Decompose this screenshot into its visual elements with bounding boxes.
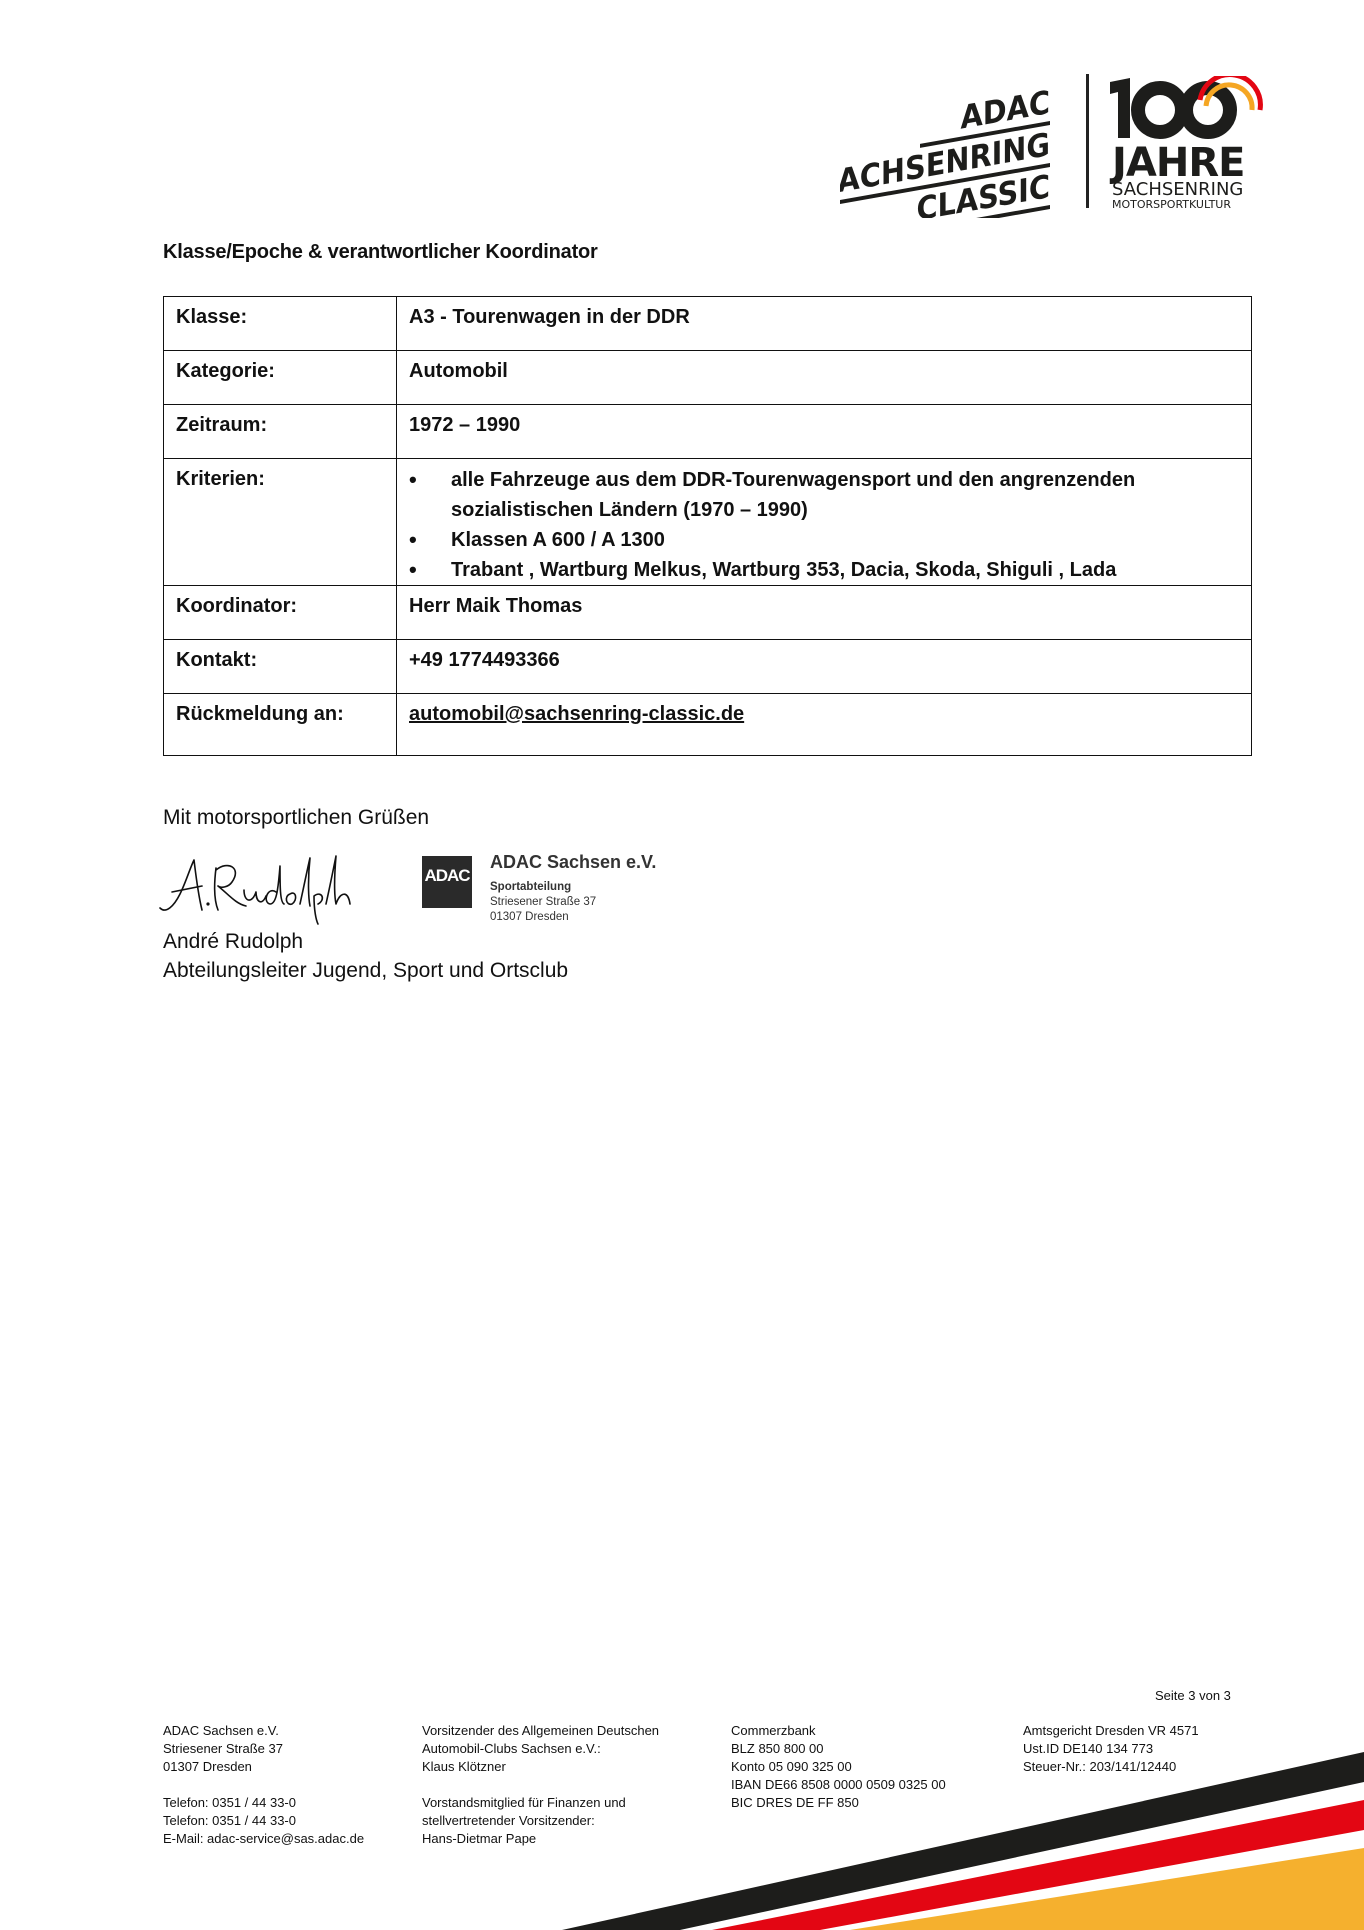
100-jahre-sachsenring-logo: JAHRE SACHSENRING MOTORSPORTKULTUR (1108, 76, 1268, 210)
signer-name: André Rudolph (163, 927, 568, 956)
page-number: Seite 3 von 3 (1155, 1688, 1231, 1703)
footer-line: Hans-Dietmar Pape (422, 1830, 659, 1848)
row-label-klasse: Klasse: (164, 297, 397, 351)
footer-bank: Commerzbank BLZ 850 800 00 Konto 05 090 … (731, 1722, 946, 1812)
row-value-koordinator: Herr Maik Thomas (397, 586, 1252, 640)
logo-text-sachsenring-sub: SACHSENRING (1112, 179, 1243, 200)
adac-sachsenring-classic-logo: ADAC SACHSENRING CLASSIC (840, 78, 1056, 218)
section-heading: Klasse/Epoche & verantwortlicher Koordin… (163, 241, 598, 264)
footer-line: Klaus Klötzner (422, 1758, 659, 1776)
table-row: Zeitraum: 1972 – 1990 (164, 405, 1252, 459)
criteria-list: alle Fahrzeuge aus dem DDR-Tourenwagensp… (409, 465, 1239, 585)
footer-board: Vorsitzender des Allgemeinen Deutschen A… (422, 1722, 659, 1848)
footer-line: Ust.ID DE140 134 773 (1023, 1740, 1199, 1758)
stamp-title: ADAC Sachsen e.V. (490, 852, 656, 873)
table-row: Koordinator: Herr Maik Thomas (164, 586, 1252, 640)
row-value-zeitraum: 1972 – 1990 (397, 405, 1252, 459)
footer-line: Commerzbank (731, 1722, 946, 1740)
table-row: Klasse: A3 - Tourenwagen in der DDR (164, 297, 1252, 351)
row-value-kriterien: alle Fahrzeuge aus dem DDR-Tourenwagensp… (397, 459, 1252, 586)
footer-line: E-Mail: adac-service@sas.adac.de (163, 1830, 364, 1848)
footer-registry: Amtsgericht Dresden VR 4571 Ust.ID DE140… (1023, 1722, 1199, 1776)
footer-line: Amtsgericht Dresden VR 4571 (1023, 1722, 1199, 1740)
row-value-kategorie: Automobil (397, 351, 1252, 405)
row-value-kontakt: +49 1774493366 (397, 640, 1252, 694)
stamp-line: Striesener Straße 37 (490, 895, 596, 910)
footer-address: ADAC Sachsen e.V. Striesener Straße 37 0… (163, 1722, 364, 1848)
footer-line: Steuer-Nr.: 203/141/12440 (1023, 1758, 1199, 1776)
table-row: Kriterien: alle Fahrzeuge aus dem DDR-To… (164, 459, 1252, 586)
row-label-rueckmeldung: Rückmeldung an: (164, 694, 397, 756)
footer-line: Vorsitzender des Allgemeinen Deutschen (422, 1722, 659, 1740)
closing-greeting: Mit motorsportlichen Grüßen (163, 806, 429, 830)
logo-divider (1086, 74, 1089, 208)
footer-line: IBAN DE66 8508 0000 0509 0325 00 (731, 1776, 946, 1794)
adac-sachsen-stamp: ADAC ADAC Sachsen e.V. Sportabteilung St… (420, 852, 660, 928)
footer-line: Telefon: 0351 / 44 33-0 (163, 1794, 364, 1812)
stamp-line: 01307 Dresden (490, 910, 596, 925)
class-info-table: Klasse: A3 - Tourenwagen in der DDR Kate… (163, 296, 1252, 756)
table-row: Kategorie: Automobil (164, 351, 1252, 405)
footer-line: Telefon: 0351 / 44 33-0 (163, 1812, 364, 1830)
footer-line: Vorstandsmitglied für Finanzen und (422, 1794, 659, 1812)
footer-line: BIC DRES DE FF 850 (731, 1794, 946, 1812)
row-label-kriterien: Kriterien: (164, 459, 397, 586)
email-link[interactable]: automobil@sachsenring-classic.de (409, 703, 744, 725)
criteria-item: Trabant , Wartburg Melkus, Wartburg 353,… (451, 555, 1239, 585)
row-label-koordinator: Koordinator: (164, 586, 397, 640)
footer-line: Konto 05 090 325 00 (731, 1758, 946, 1776)
row-label-zeitraum: Zeitraum: (164, 405, 397, 459)
footer-line: Automobil-Clubs Sachsen e.V.: (422, 1740, 659, 1758)
stamp-line: Sportabteilung (490, 880, 596, 895)
footer-line: ADAC Sachsen e.V. (163, 1722, 364, 1740)
footer-line: 01307 Dresden (163, 1758, 364, 1776)
row-value-rueckmeldung: automobil@sachsenring-classic.de (397, 694, 1252, 756)
row-label-kontakt: Kontakt: (164, 640, 397, 694)
row-value-klasse: A3 - Tourenwagen in der DDR (397, 297, 1252, 351)
adac-badge: ADAC (422, 856, 472, 908)
signature-image (158, 846, 358, 926)
signer-role: Abteilungsleiter Jugend, Sport und Ortsc… (163, 956, 568, 985)
table-row: Rückmeldung an: automobil@sachsenring-cl… (164, 694, 1252, 756)
footer-line: BLZ 850 800 00 (731, 1740, 946, 1758)
row-label-kategorie: Kategorie: (164, 351, 397, 405)
logo-text-motorsportkultur: MOTORSPORTKULTUR (1112, 198, 1231, 210)
signer-block: André Rudolph Abteilungsleiter Jugend, S… (163, 927, 568, 985)
footer-line: Striesener Straße 37 (163, 1740, 364, 1758)
table-row: Kontakt: +49 1774493366 (164, 640, 1252, 694)
criteria-item: alle Fahrzeuge aus dem DDR-Tourenwagensp… (451, 465, 1239, 525)
criteria-item: Klassen A 600 / A 1300 (451, 525, 1239, 555)
stamp-address: Sportabteilung Striesener Straße 37 0130… (490, 880, 596, 925)
footer-line: stellvertretender Vorsitzender: (422, 1812, 659, 1830)
